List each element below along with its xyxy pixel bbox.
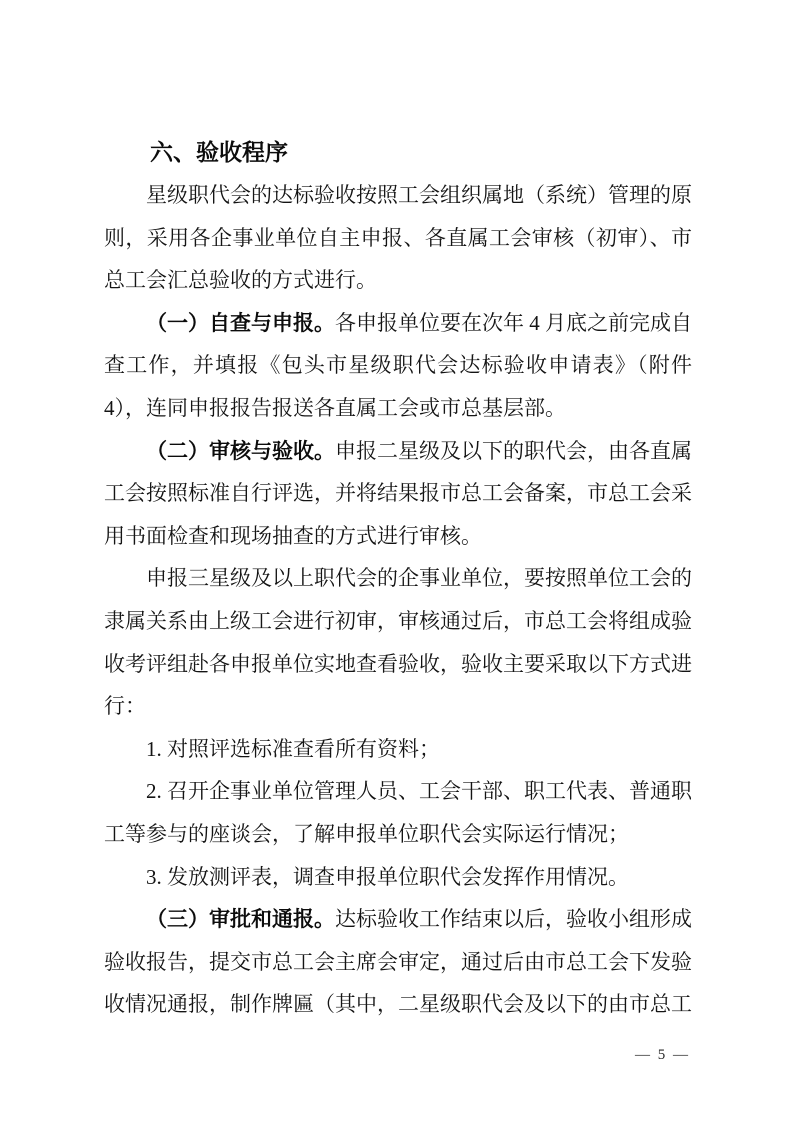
paragraph-1: 星级职代会的达标验收按照工会组织属地（系统）管理的原则，采用各企事业单位自主申报…: [104, 174, 692, 302]
paragraph-2-lead: （一）自查与申报。: [146, 311, 335, 335]
section-heading: 六、验收程序: [104, 130, 692, 174]
list-item-1-text: 1. 对照评选标准查看所有资料；: [146, 737, 440, 761]
paragraph-5: （三）审批和通报。达标验收工作结束以后，验收小组形成验收报告，提交市总工会主席会…: [104, 898, 692, 1026]
paragraph-3: （二）审核与验收。申报二星级及以下的职代会，由各直属工会按照标准自行评选，并将结…: [104, 430, 692, 558]
document-page: 六、验收程序 星级职代会的达标验收按照工会组织属地（系统）管理的原则，采用各企事…: [0, 0, 794, 1123]
paragraph-2: （一）自查与申报。各申报单位要在次年 4 月底之前完成自查工作，并填报《包头市星…: [104, 302, 692, 430]
list-item-1: 1. 对照评选标准查看所有资料；: [104, 728, 692, 771]
list-item-3: 3. 发放测评表，调查申报单位职代会发挥作用情况。: [104, 856, 692, 899]
document-content: 六、验收程序 星级职代会的达标验收按照工会组织属地（系统）管理的原则，采用各企事…: [104, 130, 692, 1026]
list-item-2-text: 2. 召开企事业单位管理人员、工会干部、职工代表、普通职工等参与的座谈会，了解申…: [104, 779, 692, 846]
paragraph-4-text: 申报三星级及以上职代会的企事业单位，要按照单位工会的隶属关系由上级工会进行初审，…: [104, 566, 692, 718]
list-item-2: 2. 召开企事业单位管理人员、工会干部、职工代表、普通职工等参与的座谈会，了解申…: [104, 770, 692, 855]
page-number: — 5 —: [635, 1044, 690, 1066]
paragraph-5-lead: （三）审批和通报。: [146, 907, 335, 931]
paragraph-4: 申报三星级及以上职代会的企事业单位，要按照单位工会的隶属关系由上级工会进行初审，…: [104, 557, 692, 727]
paragraph-3-lead: （二）审核与验收。: [146, 439, 335, 463]
paragraph-1-text: 星级职代会的达标验收按照工会组织属地（系统）管理的原则，采用各企事业单位自主申报…: [104, 183, 692, 292]
list-item-3-text: 3. 发放测评表，调查申报单位职代会发挥作用情况。: [146, 865, 629, 889]
